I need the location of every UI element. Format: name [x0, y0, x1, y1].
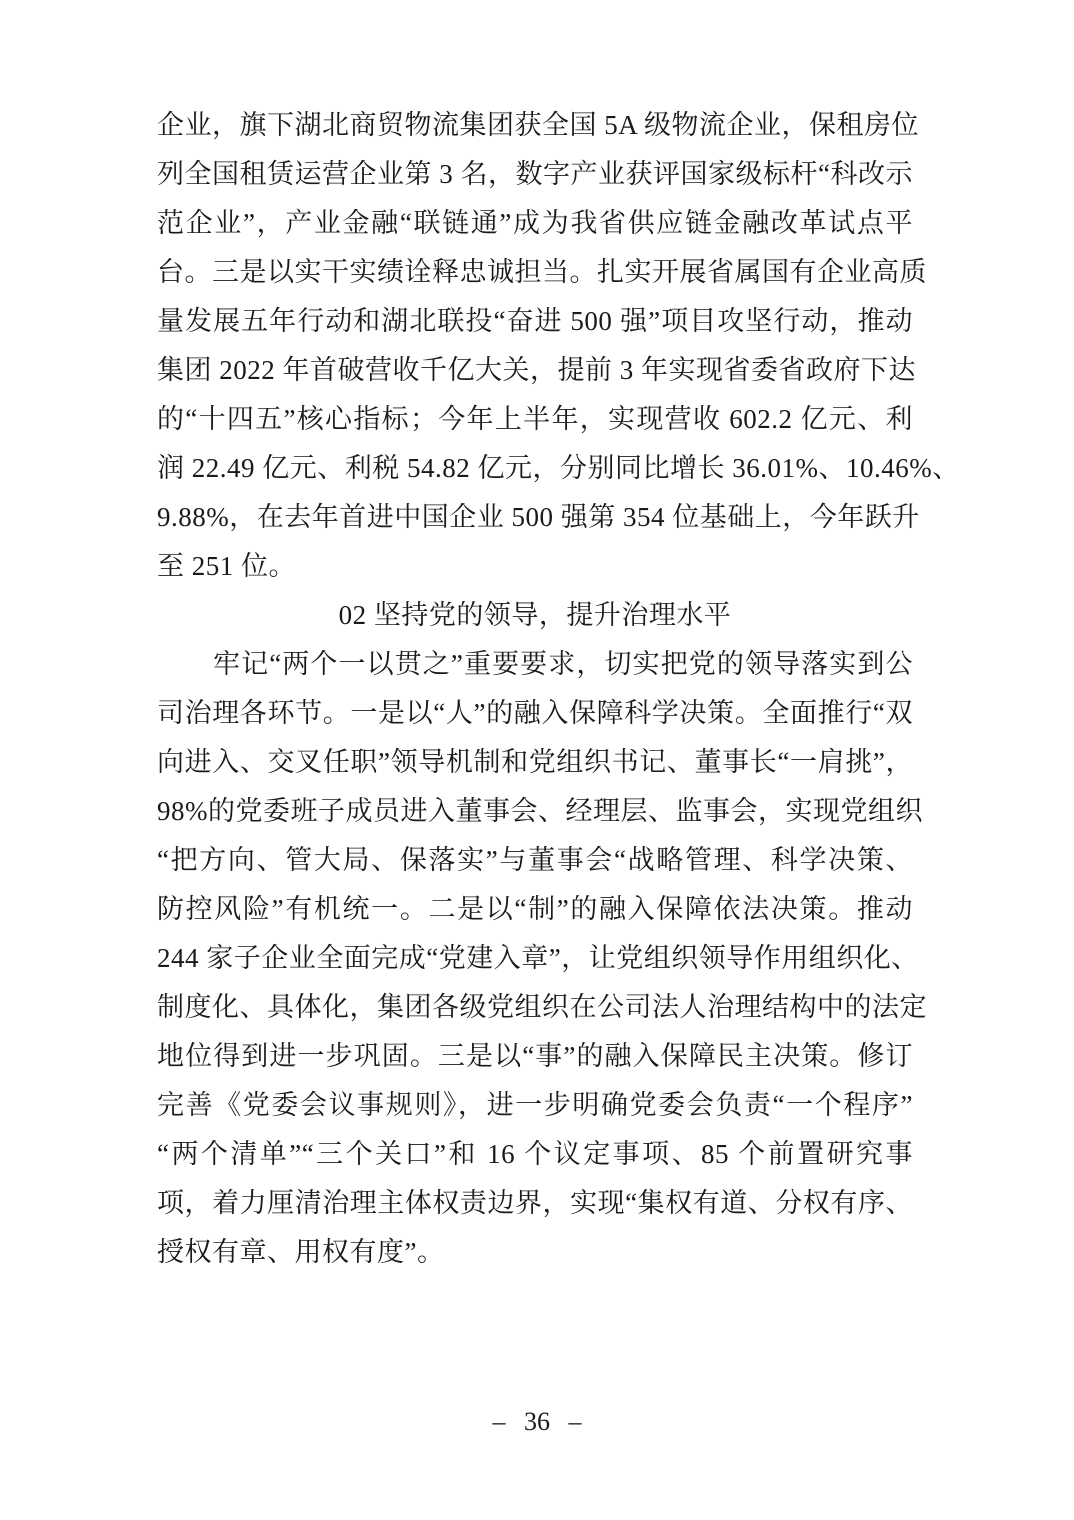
document-page: 企业，旗下湖北商贸物流集团获全国 5A 级物流企业，保租房位列全国租赁运营企业第…: [0, 0, 1074, 1520]
text-line: 9.88%，在去年首进中国企业 500 强第 354 位基础上，今年跃升: [157, 493, 913, 542]
text-line: 范企业”，产业金融“联链通”成为我省供应链金融改革试点平: [157, 199, 913, 248]
document-body: 企业，旗下湖北商贸物流集团获全国 5A 级物流企业，保租房位列全国租赁运营企业第…: [157, 101, 913, 1277]
text-line: 集团 2022 年首破营收千亿大关，提前 3 年实现省委省政府下达: [157, 346, 913, 395]
text-line: “两个清单”“三个关口”和 16 个议定事项、85 个前置研究事: [157, 1130, 913, 1179]
text-line: 司治理各环节。一是以“人”的融入保障科学决策。全面推行“双: [157, 689, 913, 738]
text-line: 量发展五年行动和湖北联投“奋进 500 强”项目攻坚行动，推动: [157, 297, 913, 346]
text-line: 企业，旗下湖北商贸物流集团获全国 5A 级物流企业，保租房位: [157, 101, 913, 150]
text-line: 完善《党委会议事规则》，进一步明确党委会负责“一个程序”: [157, 1081, 913, 1130]
text-line: 项，着力厘清治理主体权责边界，实现“集权有道、分权有序、: [157, 1179, 913, 1228]
text-line: 列全国租赁运营企业第 3 名，数字产业获评国家级标杆“科改示: [157, 150, 913, 199]
text-line: 244 家子企业全面完成“党建入章”，让党组织领导作用组织化、: [157, 934, 913, 983]
text-line: 至 251 位。: [157, 542, 913, 591]
text-line: 授权有章、用权有度”。: [157, 1228, 913, 1277]
text-line: 的“十四五”核心指标；今年上半年，实现营收 602.2 亿元、利: [157, 395, 913, 444]
text-line: 地位得到进一步巩固。三是以“事”的融入保障民主决策。修订: [157, 1032, 913, 1081]
section-heading: 02 坚持党的领导，提升治理水平: [157, 591, 913, 640]
text-line: “把方向、管大局、保落实”与董事会“战略管理、科学决策、: [157, 836, 913, 885]
page-footer: – 36 –: [0, 1406, 1074, 1438]
text-line: 牢记“两个一以贯之”重要要求，切实把党的领导落实到公: [157, 640, 913, 689]
page-number: – 36 –: [493, 1407, 582, 1436]
text-line: 制度化、具体化，集团各级党组织在公司法人治理结构中的法定: [157, 983, 913, 1032]
text-line: 润 22.49 亿元、利税 54.82 亿元，分别同比增长 36.01%、10.…: [157, 444, 913, 493]
text-line: 台。三是以实干实绩诠释忠诚担当。扎实开展省属国有企业高质: [157, 248, 913, 297]
text-line: 向进入、交叉任职”领导机制和党组织书记、董事长“一肩挑”，: [157, 738, 913, 787]
text-line: 98%的党委班子成员进入董事会、经理层、监事会，实现党组织: [157, 787, 913, 836]
text-line: 防控风险”有机统一。二是以“制”的融入保障依法决策。推动: [157, 885, 913, 934]
